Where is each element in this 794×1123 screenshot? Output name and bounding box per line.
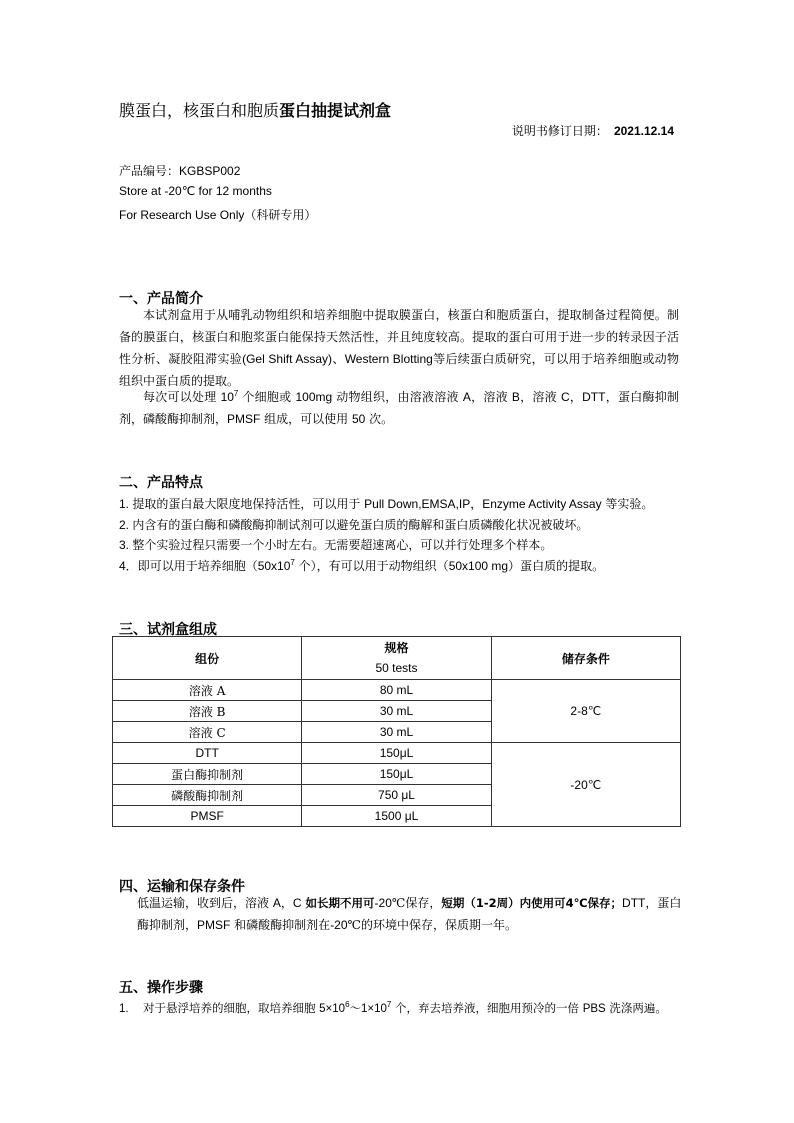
item-number: 1. (119, 497, 132, 511)
text: ℃的环境中保存，保质期一年。 (348, 918, 517, 932)
text: Pull Down,EMSA,IP，Enzyme Activity Assay (364, 497, 601, 511)
procedure-step-1: 1.对于悬浮培养的细胞，取培养细胞 5×106～1×107 个，弃去培养液，细胞… (119, 1000, 667, 1016)
component-name: PMSF (113, 806, 302, 827)
text: 个细胞或 (238, 390, 295, 404)
component-amount: 80 mL (302, 680, 491, 701)
intro-paragraph-1: 本试剂盒用于从哺乳动物组织和培养细胞中提取膜蛋白，核蛋白和胞质蛋白，提取制备过程… (119, 304, 679, 392)
text: A (273, 896, 281, 910)
text: B (512, 390, 520, 404)
text: ℃保存， (392, 896, 441, 910)
item-number: 3. (119, 538, 132, 552)
document-title: 膜蛋白，核蛋白和胞质蛋白抽提试剂盒 (119, 98, 391, 121)
text: 每次可以处理 (143, 390, 221, 404)
text: ， (281, 896, 293, 910)
storage-condition: 2-8℃ (491, 680, 680, 743)
text: PMSF (197, 918, 230, 932)
text: (Gel Shift Assay) (242, 352, 332, 366)
product-code: 产品编号：KGBSP002 (119, 162, 240, 179)
component-amount: 30 mL (302, 722, 491, 743)
text: PBS (583, 1003, 606, 1015)
title-normal: 膜蛋白，核蛋白和胞质 (119, 101, 279, 120)
text: 和磷酸酶抑制剂在 (230, 918, 330, 932)
text: A (463, 390, 471, 404)
header-component: 组份 (113, 637, 302, 680)
component-amount: 150μL (302, 743, 491, 764)
component-amount: 1500 μL (302, 806, 491, 827)
text: 低温运输，收到后，溶液 (137, 896, 273, 910)
text: 短期（1-2周）内使用可4℃保存； (441, 896, 622, 910)
research-prefix: For Research Use Only (119, 208, 244, 222)
storage-condition: -20℃ (491, 743, 680, 827)
component-name: 溶液 A (113, 680, 302, 701)
revision-value: 2021.12.14 (614, 124, 674, 138)
component-name: 溶液 B (113, 701, 302, 722)
text: 50x10 (258, 559, 291, 573)
title-bold: 蛋白抽提试剂盒 (279, 101, 391, 120)
text: 50x100 mg (449, 559, 508, 573)
text: 次。 (365, 412, 393, 426)
storage-info: Store at -20℃ for 12 months (119, 184, 272, 198)
section-heading-features: 二、产品特点 (119, 472, 203, 492)
text: 整个实验过程只需要一个小时左右。无需要超速离心，可以并行处理多个样本。 (132, 538, 552, 552)
component-name: 磷酸酶抑制剂 (113, 785, 302, 806)
kit-components-table: 组份 规格 50 tests 储存条件 溶液 A 80 mL 2-8℃ 溶液 B… (112, 636, 681, 827)
spec-label: 规格 (302, 638, 490, 658)
text: 1×10 (361, 1003, 387, 1015)
table-row: 溶液 A 80 mL 2-8℃ (113, 680, 681, 701)
component-amount: 150μL (302, 764, 491, 785)
text: 、 (332, 352, 345, 366)
text: DTT (622, 896, 645, 910)
revision-date: 说明书修订日期：2021.12.14 (512, 122, 674, 139)
research-suffix: （科研专用） (244, 208, 316, 222)
text: ）蛋白质的提取。 (508, 559, 604, 573)
text: 10 (221, 390, 234, 404)
item-number: 2. (119, 518, 132, 532)
text: 50 (352, 412, 365, 426)
feature-item-4: 4．即可以用于培养细胞（50x107 个），有可以用于动物组织（50x100 m… (119, 557, 604, 574)
text: -20 (375, 896, 392, 910)
text: Western Blotting (345, 352, 433, 366)
revision-label: 说明书修订日期： (512, 124, 608, 138)
text: 对于悬浮培养的细胞，取培养细胞 (143, 1001, 319, 1015)
step-number: 1. (119, 1003, 143, 1015)
text: ， (570, 390, 583, 404)
research-use: For Research Use Only（科研专用） (119, 206, 316, 223)
component-name: DTT (113, 743, 302, 764)
text: -20 (330, 918, 347, 932)
text: 即可以用于培养细胞（ (138, 559, 258, 573)
text: C (561, 390, 570, 404)
component-amount: 750 μL (302, 785, 491, 806)
header-spec: 规格 50 tests (302, 637, 491, 680)
feature-item-2: 2. 内含有的蛋白酶和磷酸酶抑制试剂可以避免蛋白质的酶解和蛋白质磷酸化状况被破坏… (119, 516, 588, 533)
intro-paragraph-2: 每次可以处理 107 个细胞或 100mg 动物组织，由溶液溶液 A，溶液 B，… (119, 386, 679, 430)
component-name: 蛋白酶抑制剂 (113, 764, 302, 785)
text: 提取的蛋白最大限度地保持活性，可以用于 (132, 497, 364, 511)
header-storage: 储存条件 (491, 637, 680, 680)
table-row: DTT 150μL -20℃ (113, 743, 681, 764)
spec-sub-label: 50 tests (302, 658, 490, 678)
text: ，溶液 (520, 390, 561, 404)
text: ～ (350, 1001, 362, 1015)
text: 组成，可以使用 (260, 412, 352, 426)
table-header-row: 组份 规格 50 tests 储存条件 (113, 637, 681, 680)
item-number: 4． (119, 559, 138, 573)
feature-item-1: 1. 提取的蛋白最大限度地保持活性，可以用于 Pull Down,EMSA,IP… (119, 495, 653, 512)
storage-paragraph: 低温运输，收到后，溶液 A，C 如长期不用可-20℃保存，短期（1-2周）内使用… (137, 892, 682, 936)
text: 个，弃去培养液，细胞用预冷的一倍 (391, 1001, 582, 1015)
text: 洗涤两遍。 (606, 1001, 667, 1015)
text: 5×10 (319, 1003, 345, 1015)
component-amount: 30 mL (302, 701, 491, 722)
feature-item-3: 3. 整个实验过程只需要一个小时左右。无需要超速离心，可以并行处理多个样本。 (119, 536, 552, 553)
text: C (293, 896, 302, 910)
component-name: 溶液 C (113, 722, 302, 743)
text: ，溶液 (471, 390, 512, 404)
text: 动物组织，由溶液溶液 (332, 390, 463, 404)
text: 如长期不用可 (302, 896, 375, 910)
section-heading-procedure: 五、操作步骤 (119, 977, 203, 997)
text: 100mg (296, 390, 333, 404)
text: 等实验。 (602, 497, 654, 511)
text: 个），有可以用于动物组织（ (295, 559, 449, 573)
text: DTT (582, 390, 605, 404)
text: 内含有的蛋白酶和磷酸酶抑制试剂可以避免蛋白质的酶解和蛋白质磷酸化状况被破坏。 (132, 518, 588, 532)
text: PMSF (227, 412, 260, 426)
